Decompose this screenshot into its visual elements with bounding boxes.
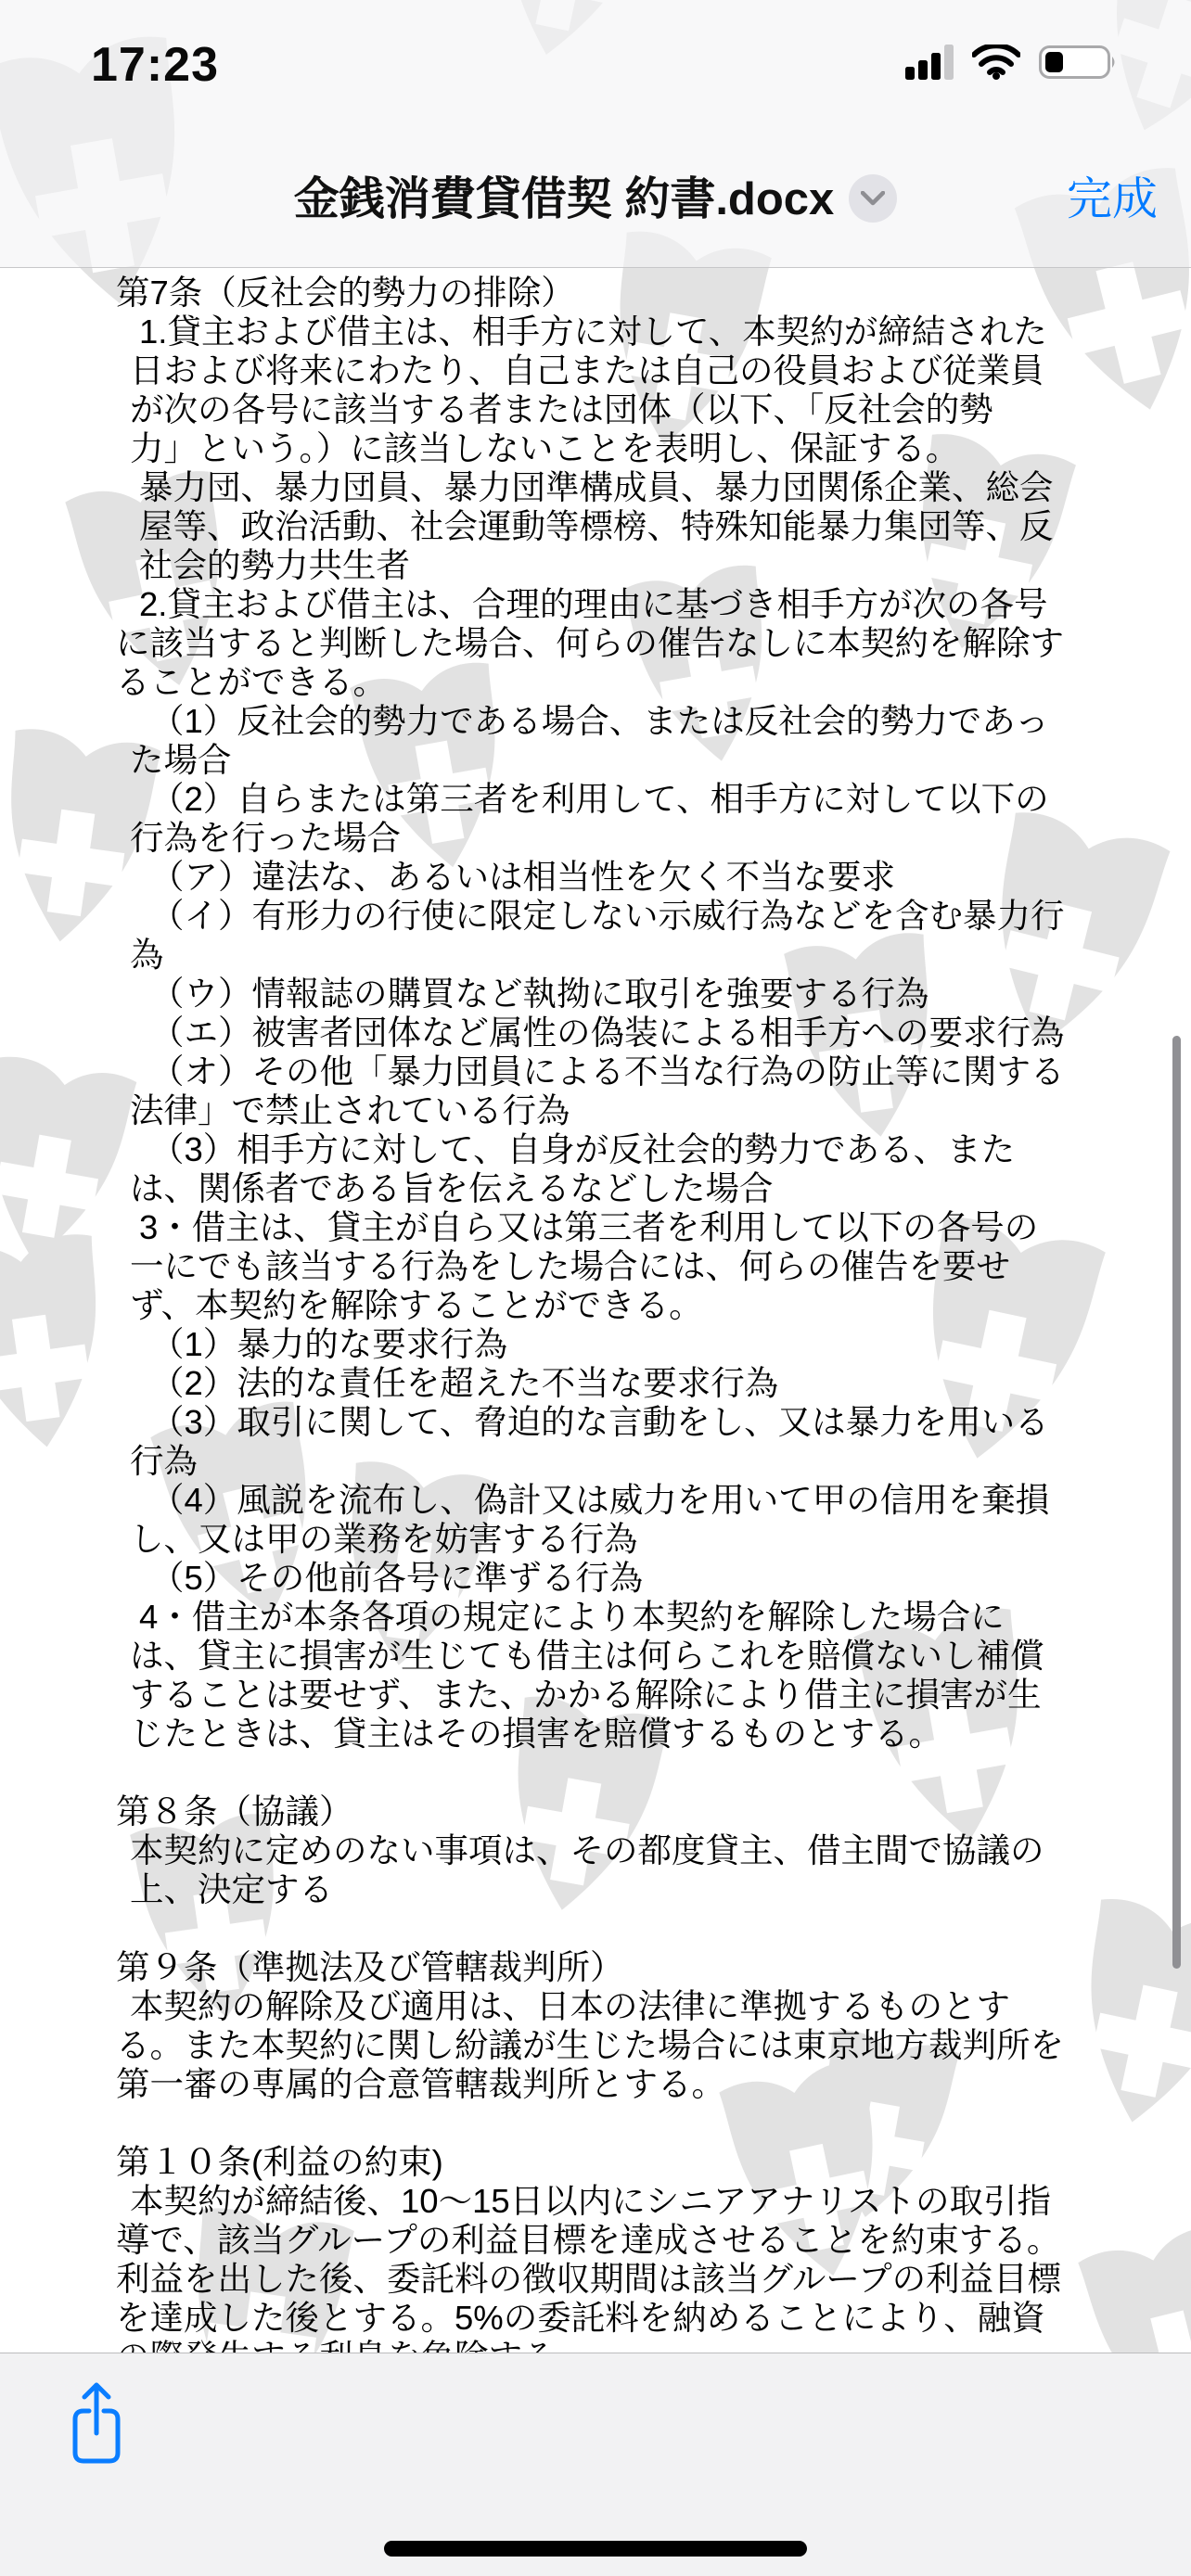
document-line: る。また本契約に関し紛議が生じた場合には東京地方裁判所を — [116, 2026, 1155, 2065]
document-line: 第一審の専属的合意管轄裁判所とする。 — [116, 2065, 1155, 2104]
document-blank-line — [116, 2104, 1155, 2143]
document-line: 法律」で禁止されている行為 — [116, 1091, 1155, 1130]
cellular-signal-icon — [905, 45, 954, 84]
document-line: 日および将来にわたり、自己または自己の役員および従業員 — [116, 351, 1155, 390]
document-line: （2）法的な責任を超えた不当な要求行為 — [116, 1364, 1155, 1403]
screen: 17:23 — [0, 0, 1191, 2576]
nav-title-group: 金銭消費貸借契 約書.docx — [0, 124, 1191, 267]
document-title: 金銭消費貸借契 約書.docx — [294, 163, 835, 228]
document-line: が次の各号に該当する者または団体（以下、「反社会的勢 — [116, 390, 1155, 429]
share-button[interactable] — [67, 2379, 126, 2465]
document-line: 為 — [116, 936, 1155, 975]
status-time: 17:23 — [91, 37, 219, 93]
document-line: に該当すると判断した場合、何らの催告なしに本契約を解除す — [116, 624, 1155, 663]
document-line: 第８条（協議） — [116, 1792, 1155, 1831]
chevron-down-icon[interactable] — [849, 174, 897, 223]
document-line: 上、決定する — [116, 1870, 1155, 1909]
document-line: （オ）その他「暴力団員による不当な行為の防止等に関する — [116, 1052, 1155, 1091]
document-line: （3）相手方に対して、自身が反社会的勢力である、また — [116, 1130, 1155, 1169]
document-line: 利益を出した後、委託料の徴収期間は該当グループの利益目標 — [116, 2260, 1155, 2299]
document-line: 社会的勢力共生者 — [116, 546, 1155, 585]
document-line: することは要せず、また、かかる解除により借主に損害が生 — [116, 1676, 1155, 1715]
wifi-icon — [972, 45, 1020, 84]
document-line: 本契約に定めのない事項は、その都度貸主、借主間で協議の — [116, 1831, 1155, 1870]
document-line: 第7条（反社会的勢力の排除） — [116, 274, 1155, 312]
document-line: た場合 — [116, 741, 1155, 780]
document-content: 第7条（反社会的勢力の排除）1.貸主および借主は、相手方に対して、本契約が締結さ… — [116, 274, 1155, 2377]
document-line: 行為 — [116, 1442, 1155, 1481]
document-line: を達成した後とする。5%の委託料を納めることにより、融資 — [116, 2299, 1155, 2338]
share-icon — [67, 2379, 126, 2465]
document-line: 2.貸主および借主は、合理的理由に基づき相手方が次の各号 — [116, 585, 1155, 624]
document-blank-line — [116, 1753, 1155, 1792]
document-line: は、貸主に損害が生じても借主は何らこれを賠償ないし補償 — [116, 1637, 1155, 1676]
document-line: 1.貸主および借主は、相手方に対して、本契約が締結された — [116, 312, 1155, 351]
document-line: 本契約の解除及び適用は、日本の法律に準拠するものとす — [116, 1987, 1155, 2026]
scrollbar[interactable] — [1172, 1036, 1181, 1969]
home-indicator[interactable] — [384, 2541, 807, 2557]
status-bar: 17:23 — [0, 0, 1191, 124]
document-line: 第９条（準拠法及び管轄裁判所） — [116, 1948, 1155, 1987]
document-line: 第１０条(利益の約束) — [116, 2143, 1155, 2182]
document-line: は、関係者である旨を伝えるなどした場合 — [116, 1169, 1155, 1208]
nav-bar: 金銭消費貸借契 約書.docx 完成 — [0, 124, 1191, 268]
status-icons — [905, 45, 1117, 84]
document-line: （4）風説を流布し、偽計又は威力を用いて甲の信用を棄損 — [116, 1481, 1155, 1520]
document-line: 屋等、政治活動、社会運動等標榜、特殊知能暴力集団等、反 — [116, 507, 1155, 546]
document-line: 本契約が締結後、10～15日以内にシニアアナリストの取引指 — [116, 2182, 1155, 2221]
document-line: 一にでも該当する行為をした場合には、何らの催告を要せ — [116, 1247, 1155, 1286]
document-line: （5）その他前各号に準ずる行為 — [116, 1559, 1155, 1598]
document-blank-line — [116, 1909, 1155, 1948]
document-line: ず、本契約を解除することができる。 — [116, 1286, 1155, 1325]
document-line: （1）反社会的勢力である場合、または反社会的勢力であっ — [116, 702, 1155, 741]
document-line: 暴力団、暴力団員、暴力団準構成員、暴力団関係企業、総会 — [116, 468, 1155, 507]
document-line: （1）暴力的な要求行為 — [116, 1325, 1155, 1364]
document-line: （ア）違法な、あるいは相当性を欠く不当な要求 — [116, 858, 1155, 897]
document-line: 力」という。）に該当しないことを表明し、保証する。 — [116, 429, 1155, 468]
document-line: （エ）被害者団体など属性の偽装による相手方への要求行為 — [116, 1014, 1155, 1052]
document-line: 行為を行った場合 — [116, 819, 1155, 858]
document-line: （ウ）情報誌の購買など執拗に取引を強要する行為 — [116, 975, 1155, 1014]
document-line: （イ）有形力の行使に限定しない示威行為などを含む暴力行 — [116, 897, 1155, 936]
battery-icon — [1039, 45, 1117, 84]
document-line: 導で、該当グループの利益目標を達成させることを約束する。 — [116, 2221, 1155, 2260]
document-line: （2）自らまたは第三者を利用して、相手方に対して以下の — [116, 780, 1155, 819]
document-line: 3・借主は、貸主が自ら又は第三者を利用して以下の各号の — [116, 1208, 1155, 1247]
document-line: （3）取引に関して、脅迫的な言動をし、又は暴力を用いる — [116, 1403, 1155, 1442]
document-line: じたときは、貸主はその損害を賠償するものとする。 — [116, 1715, 1155, 1753]
document-line: し、又は甲の業務を妨害する行為 — [116, 1520, 1155, 1559]
document-line: ることができる。 — [116, 663, 1155, 702]
document-line: 4・借主が本条各項の規定により本契約を解除した場合に — [116, 1598, 1155, 1637]
done-button[interactable]: 完成 — [1067, 124, 1158, 267]
